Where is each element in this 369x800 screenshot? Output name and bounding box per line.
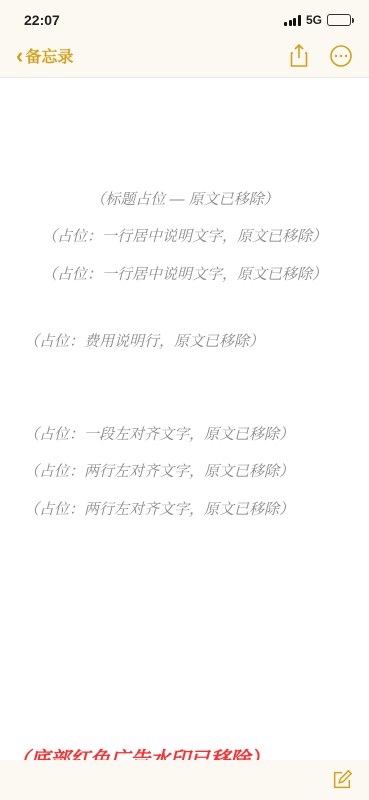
- note-title-line: （标题占位 — 原文已移除）: [24, 188, 345, 211]
- share-icon[interactable]: [289, 44, 309, 68]
- note-line: （占位：两行左对齐文字，原文已移除）: [24, 460, 345, 483]
- note-line: （占位：一行居中说明文字，原文已移除）: [24, 263, 345, 286]
- bottom-toolbar: [0, 760, 369, 800]
- note-line: （占位：一段左对齐文字，原文已移除）: [24, 423, 345, 446]
- note-line: （占位：一行居中说明文字，原文已移除）: [24, 225, 345, 248]
- note-line: （占位：两行左对齐文字，原文已移除）: [24, 498, 345, 521]
- cellular-signal-icon: [284, 15, 301, 26]
- note-line: （占位：费用说明行，原文已移除）: [24, 330, 345, 353]
- more-options-icon[interactable]: [329, 44, 353, 68]
- network-type-label: 5G: [306, 13, 322, 27]
- battery-icon: [327, 14, 351, 26]
- status-bar: 22:07 5G: [0, 0, 369, 34]
- back-button-label: 备忘录: [25, 44, 73, 67]
- chevron-left-icon: ‹: [16, 48, 23, 64]
- back-button[interactable]: ‹ 备忘录: [16, 44, 73, 67]
- nav-bar: ‹ 备忘录: [0, 34, 369, 78]
- clock: 22:07: [24, 12, 60, 28]
- new-note-icon[interactable]: [331, 769, 353, 791]
- note-content[interactable]: （标题占位 — 原文已移除） （占位：一行居中说明文字，原文已移除） （占位：一…: [0, 78, 369, 521]
